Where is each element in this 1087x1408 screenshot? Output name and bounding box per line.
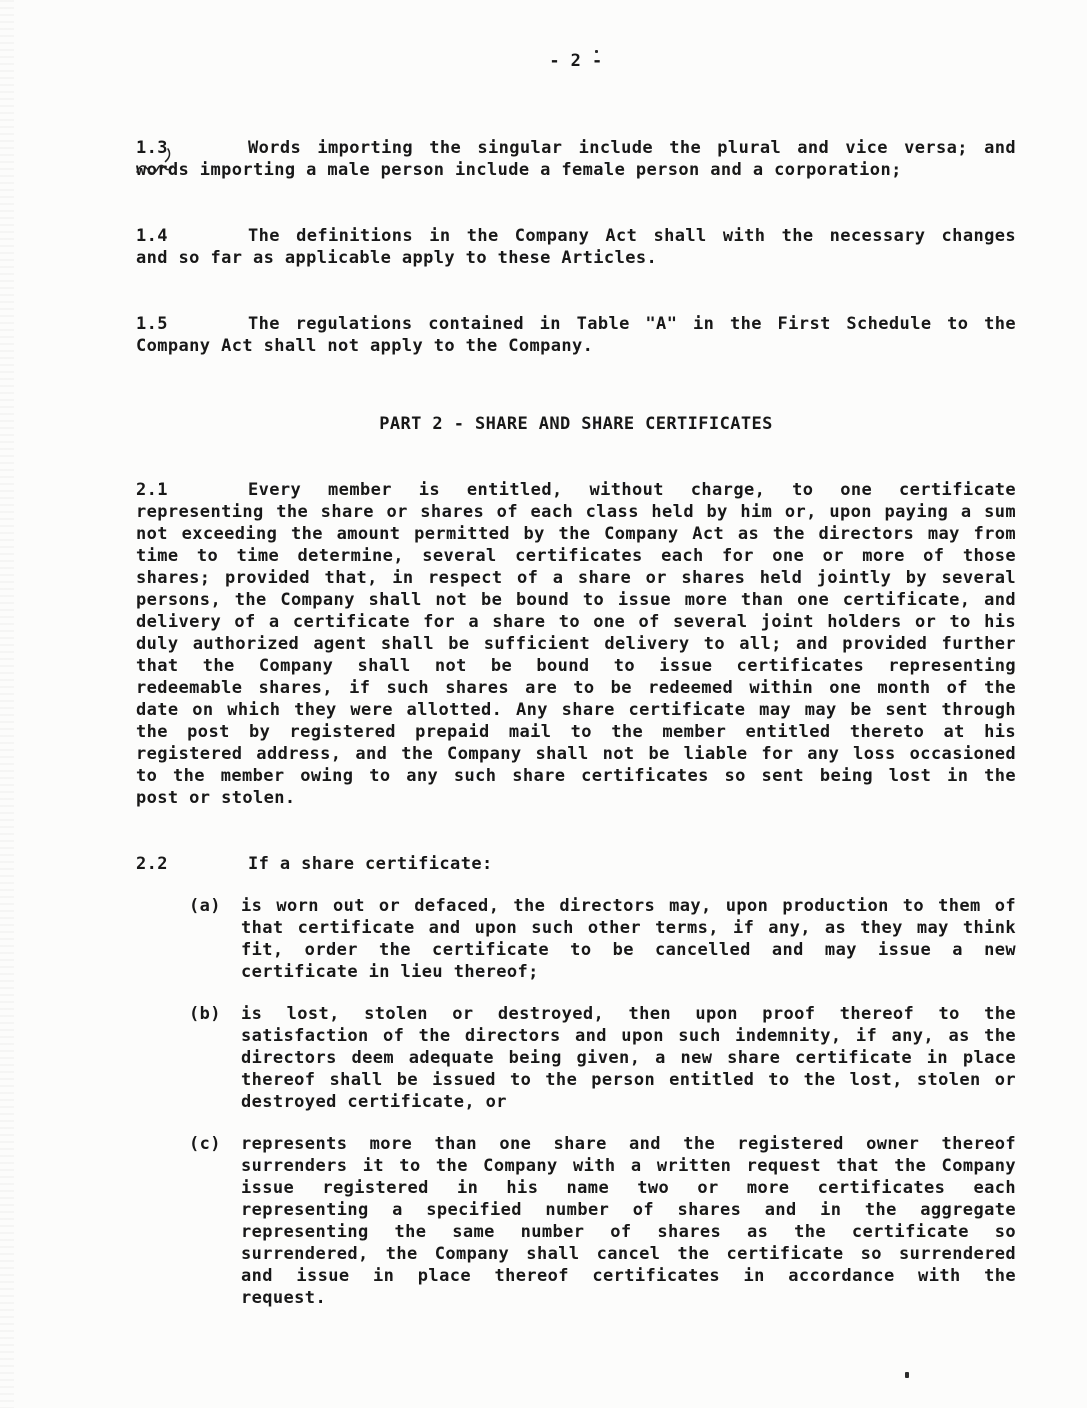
section-2.2: 2.2If a share certificate: xyxy=(136,853,1016,875)
document-blocks: 1.3Words importing the singular include … xyxy=(136,137,1016,1309)
paragraph-line: delivery of a certificate for a share to… xyxy=(136,611,1016,633)
paragraph-line: date on which they were allotted. Any sh… xyxy=(136,699,1016,721)
paragraph-line: 1.5The regulations contained in Table "A… xyxy=(136,313,1016,335)
dot-above-page-dash xyxy=(595,50,598,53)
photocopy-edge-noise xyxy=(0,0,14,1408)
section-number: 1.4 xyxy=(136,225,248,247)
paragraph-line: 1.4The definitions in the Company Act sh… xyxy=(136,225,1016,247)
paragraph-line: is worn out or defaced, the directors ma… xyxy=(241,895,1016,917)
paragraph-line: directors deem adequate being given, a n… xyxy=(241,1047,1016,1069)
paragraph-line: 1.3Words importing the singular include … xyxy=(136,137,1016,159)
paragraph-line: words importing a male person include a … xyxy=(136,159,1016,181)
list-item-body: represents more than one share and the r… xyxy=(241,1133,1016,1309)
list-item-a: (a)is worn out or defaced, the directors… xyxy=(189,895,1016,983)
paragraph-line: not exceeding the amount permitted by th… xyxy=(136,523,1016,545)
paragraph-line-text: The definitions in the Company Act shall… xyxy=(248,225,1016,247)
paragraph-line: duly authorized agent shall be sufficien… xyxy=(136,633,1016,655)
paragraph-line: surrenders it to the Company with a writ… xyxy=(241,1155,1016,1177)
list-item-b: (b)is lost, stolen or destroyed, then up… xyxy=(189,1003,1016,1113)
list-marker: (b) xyxy=(189,1003,241,1113)
list-item-body: is worn out or defaced, the directors ma… xyxy=(241,895,1016,983)
paragraph-line: registered address, and the Company shal… xyxy=(136,743,1016,765)
paragraph-line: persons, the Company shall not be bound … xyxy=(136,589,1016,611)
paragraph-line: fit, order the certificate to be cancell… xyxy=(241,939,1016,961)
section-number: 1.5 xyxy=(136,313,248,335)
paragraph-line: redeemable shares, if such shares are to… xyxy=(136,677,1016,699)
list-marker: (c) xyxy=(189,1133,241,1309)
paragraph-line: that the Company shall not be bound to i… xyxy=(136,655,1016,677)
paragraph-line: Company Act shall not apply to the Compa… xyxy=(136,335,1016,357)
document-page: { "page": { "number_label": "- 2 -", "ba… xyxy=(0,0,1087,1408)
paragraph-line: represents more than one share and the r… xyxy=(241,1133,1016,1155)
paragraph-line: destroyed certificate, or xyxy=(241,1091,1016,1113)
paragraph-line: 2.2If a share certificate: xyxy=(136,853,1016,875)
document-content: - 2 - 1.3Words importing the singular in… xyxy=(136,50,1016,1309)
paragraph-line: representing the share or shares of each… xyxy=(136,501,1016,523)
section-1.5: 1.5The regulations contained in Table "A… xyxy=(136,313,1016,357)
section-number: 1.3 xyxy=(136,137,248,159)
paragraph-line: surrendered, the Company shall cancel th… xyxy=(241,1243,1016,1265)
paragraph-line: certificate in lieu thereof; xyxy=(241,961,1016,983)
section-number: 2.1 xyxy=(136,479,248,501)
paragraph-line: shares; provided that, in respect of a s… xyxy=(136,567,1016,589)
paragraph-line: thereof shall be issued to the person en… xyxy=(241,1069,1016,1091)
paragraph-line: and issue in place thereof certificates … xyxy=(241,1265,1016,1287)
paragraph-line: and so far as applicable apply to these … xyxy=(136,247,1016,269)
paragraph-line-text: If a share certificate: xyxy=(248,853,1016,875)
section-number: 2.2 xyxy=(136,853,248,875)
section-2.1: 2.1Every member is entitled, without cha… xyxy=(136,479,1016,809)
section-1.3: 1.3Words importing the singular include … xyxy=(136,137,1016,181)
paragraph-line: issue registered in his name two or more… xyxy=(241,1177,1016,1199)
paragraph-line-text: The regulations contained in Table "A" i… xyxy=(248,313,1016,335)
page-number: - 2 - xyxy=(136,50,1016,72)
paragraph-line: post or stolen. xyxy=(136,787,1016,809)
paragraph-line: satisfaction of the directors and upon s… xyxy=(241,1025,1016,1047)
list-marker: (a) xyxy=(189,895,241,983)
paragraph-line: the post by registered prepaid mail to t… xyxy=(136,721,1016,743)
paragraph-line-text: Every member is entitled, without charge… xyxy=(248,479,1016,501)
ink-speck-bottom-right xyxy=(905,1372,909,1378)
part-heading: PART 2 - SHARE AND SHARE CERTIFICATES xyxy=(136,413,1016,435)
section-1.4: 1.4The definitions in the Company Act sh… xyxy=(136,225,1016,269)
paragraph-line-text: Words importing the singular include the… xyxy=(248,137,1016,159)
paragraph-line: is lost, stolen or destroyed, then upon … xyxy=(241,1003,1016,1025)
paragraph-line: request. xyxy=(241,1287,1016,1309)
list-item-c: (c)represents more than one share and th… xyxy=(189,1133,1016,1309)
paragraph-line: to the member owing to any such share ce… xyxy=(136,765,1016,787)
paragraph-line: 2.1Every member is entitled, without cha… xyxy=(136,479,1016,501)
paragraph-line: representing the same number of shares a… xyxy=(241,1221,1016,1243)
list-item-body: is lost, stolen or destroyed, then upon … xyxy=(241,1003,1016,1113)
paragraph-line: time to time determine, several certific… xyxy=(136,545,1016,567)
paragraph-line: representing a specified number of share… xyxy=(241,1199,1016,1221)
paragraph-line: that certificate and upon such other ter… xyxy=(241,917,1016,939)
